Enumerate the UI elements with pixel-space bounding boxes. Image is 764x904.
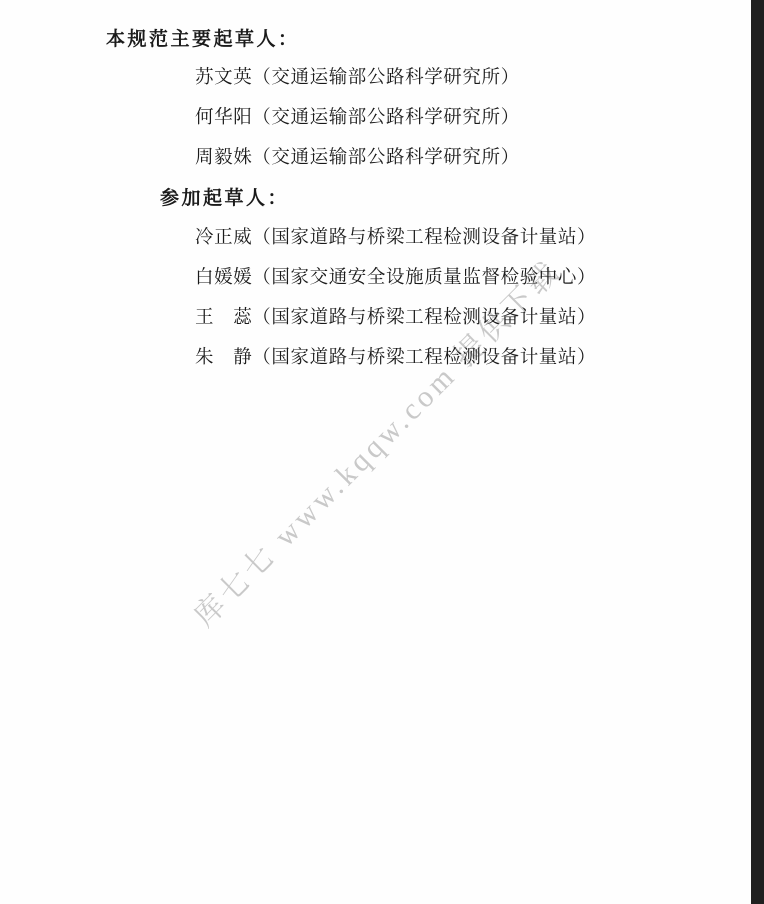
scan-edge-strip xyxy=(751,0,764,904)
participant-entry: 朱 静（国家道路与桥梁工程检测设备计量站） xyxy=(195,343,596,369)
heading-main-drafters: 本规范主要起草人： xyxy=(106,24,300,51)
main-drafter-entry: 苏文英（交通运输部公路科学研究所） xyxy=(195,63,520,89)
participant-entry: 冷正威（国家道路与桥梁工程检测设备计量站） xyxy=(195,223,596,249)
document-page: { "page": { "background_color": "#fefefe… xyxy=(0,0,764,904)
main-drafter-entry: 周毅姝（交通运输部公路科学研究所） xyxy=(195,143,520,169)
main-drafter-entry: 何华阳（交通运输部公路科学研究所） xyxy=(195,103,520,129)
participant-entry: 白媛媛（国家交通安全设施质量监督检验中心） xyxy=(195,263,596,289)
participant-entry: 王 蕊（国家道路与桥梁工程检测设备计量站） xyxy=(195,303,596,329)
heading-participants: 参加起草人： xyxy=(160,183,289,210)
